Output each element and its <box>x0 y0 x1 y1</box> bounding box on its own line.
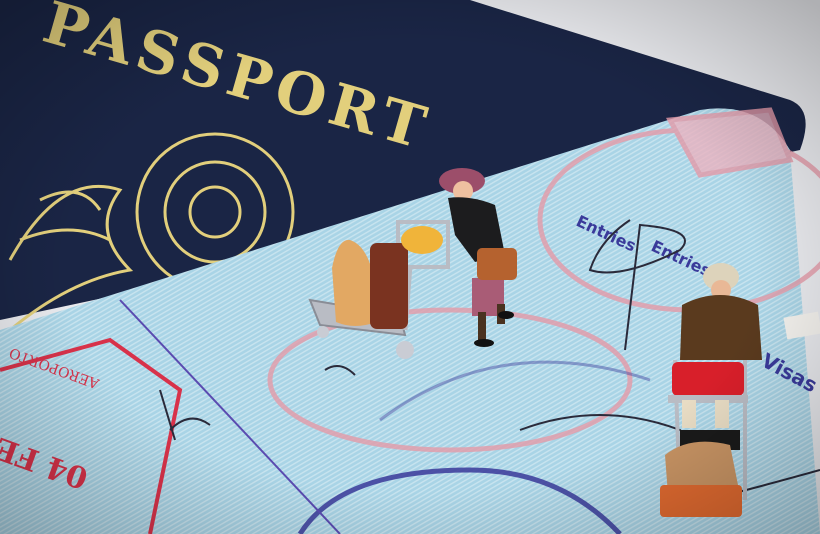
passport-photo: PASSPORT 04 FE AEROPORTO Entries Ent <box>0 0 820 534</box>
photo-canvas: PASSPORT 04 FE AEROPORTO Entries Ent <box>0 0 820 534</box>
